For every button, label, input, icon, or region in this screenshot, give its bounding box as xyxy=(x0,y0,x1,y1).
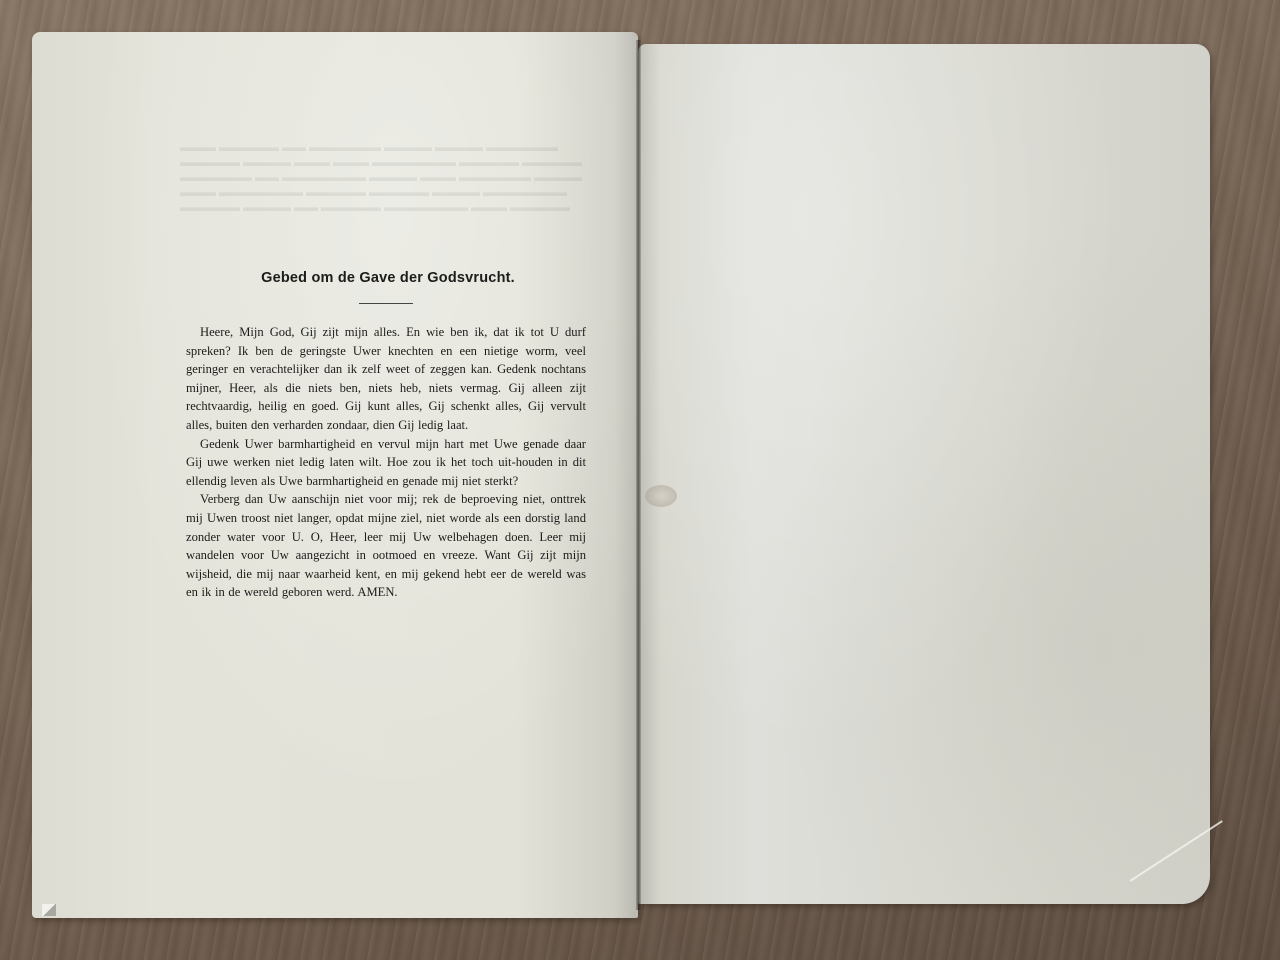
corner-fold xyxy=(42,904,56,916)
prayer-title: Gebed om de Gave der Godsvrucht. xyxy=(188,270,588,286)
show-through-text: ▬▬▬ ▬▬▬▬▬ ▬▬ ▬▬▬▬▬▬ ▬▬▬▬ ▬▬▬▬ ▬▬▬▬▬▬ ▬▬▬… xyxy=(180,140,600,215)
prayer-paragraph-3: Verberg dan Uw aanschijn niet voor mij; … xyxy=(186,490,586,602)
right-page-blank xyxy=(638,44,1210,904)
paper-stain xyxy=(645,485,677,507)
open-booklet: ▬▬▬ ▬▬▬▬▬ ▬▬ ▬▬▬▬▬▬ ▬▬▬▬ ▬▬▬▬ ▬▬▬▬▬▬ ▬▬▬… xyxy=(0,0,1280,960)
title-divider xyxy=(359,303,413,304)
prayer-paragraph-1: Heere, Mijn God, Gij zijt mijn alles. En… xyxy=(186,323,586,435)
prayer-paragraph-2: Gedenk Uwer barmhartigheid en vervul mij… xyxy=(186,435,586,491)
prayer-text-block: Gebed om de Gave der Godsvrucht. Heere, … xyxy=(186,270,586,602)
booklet-spine xyxy=(636,40,641,910)
